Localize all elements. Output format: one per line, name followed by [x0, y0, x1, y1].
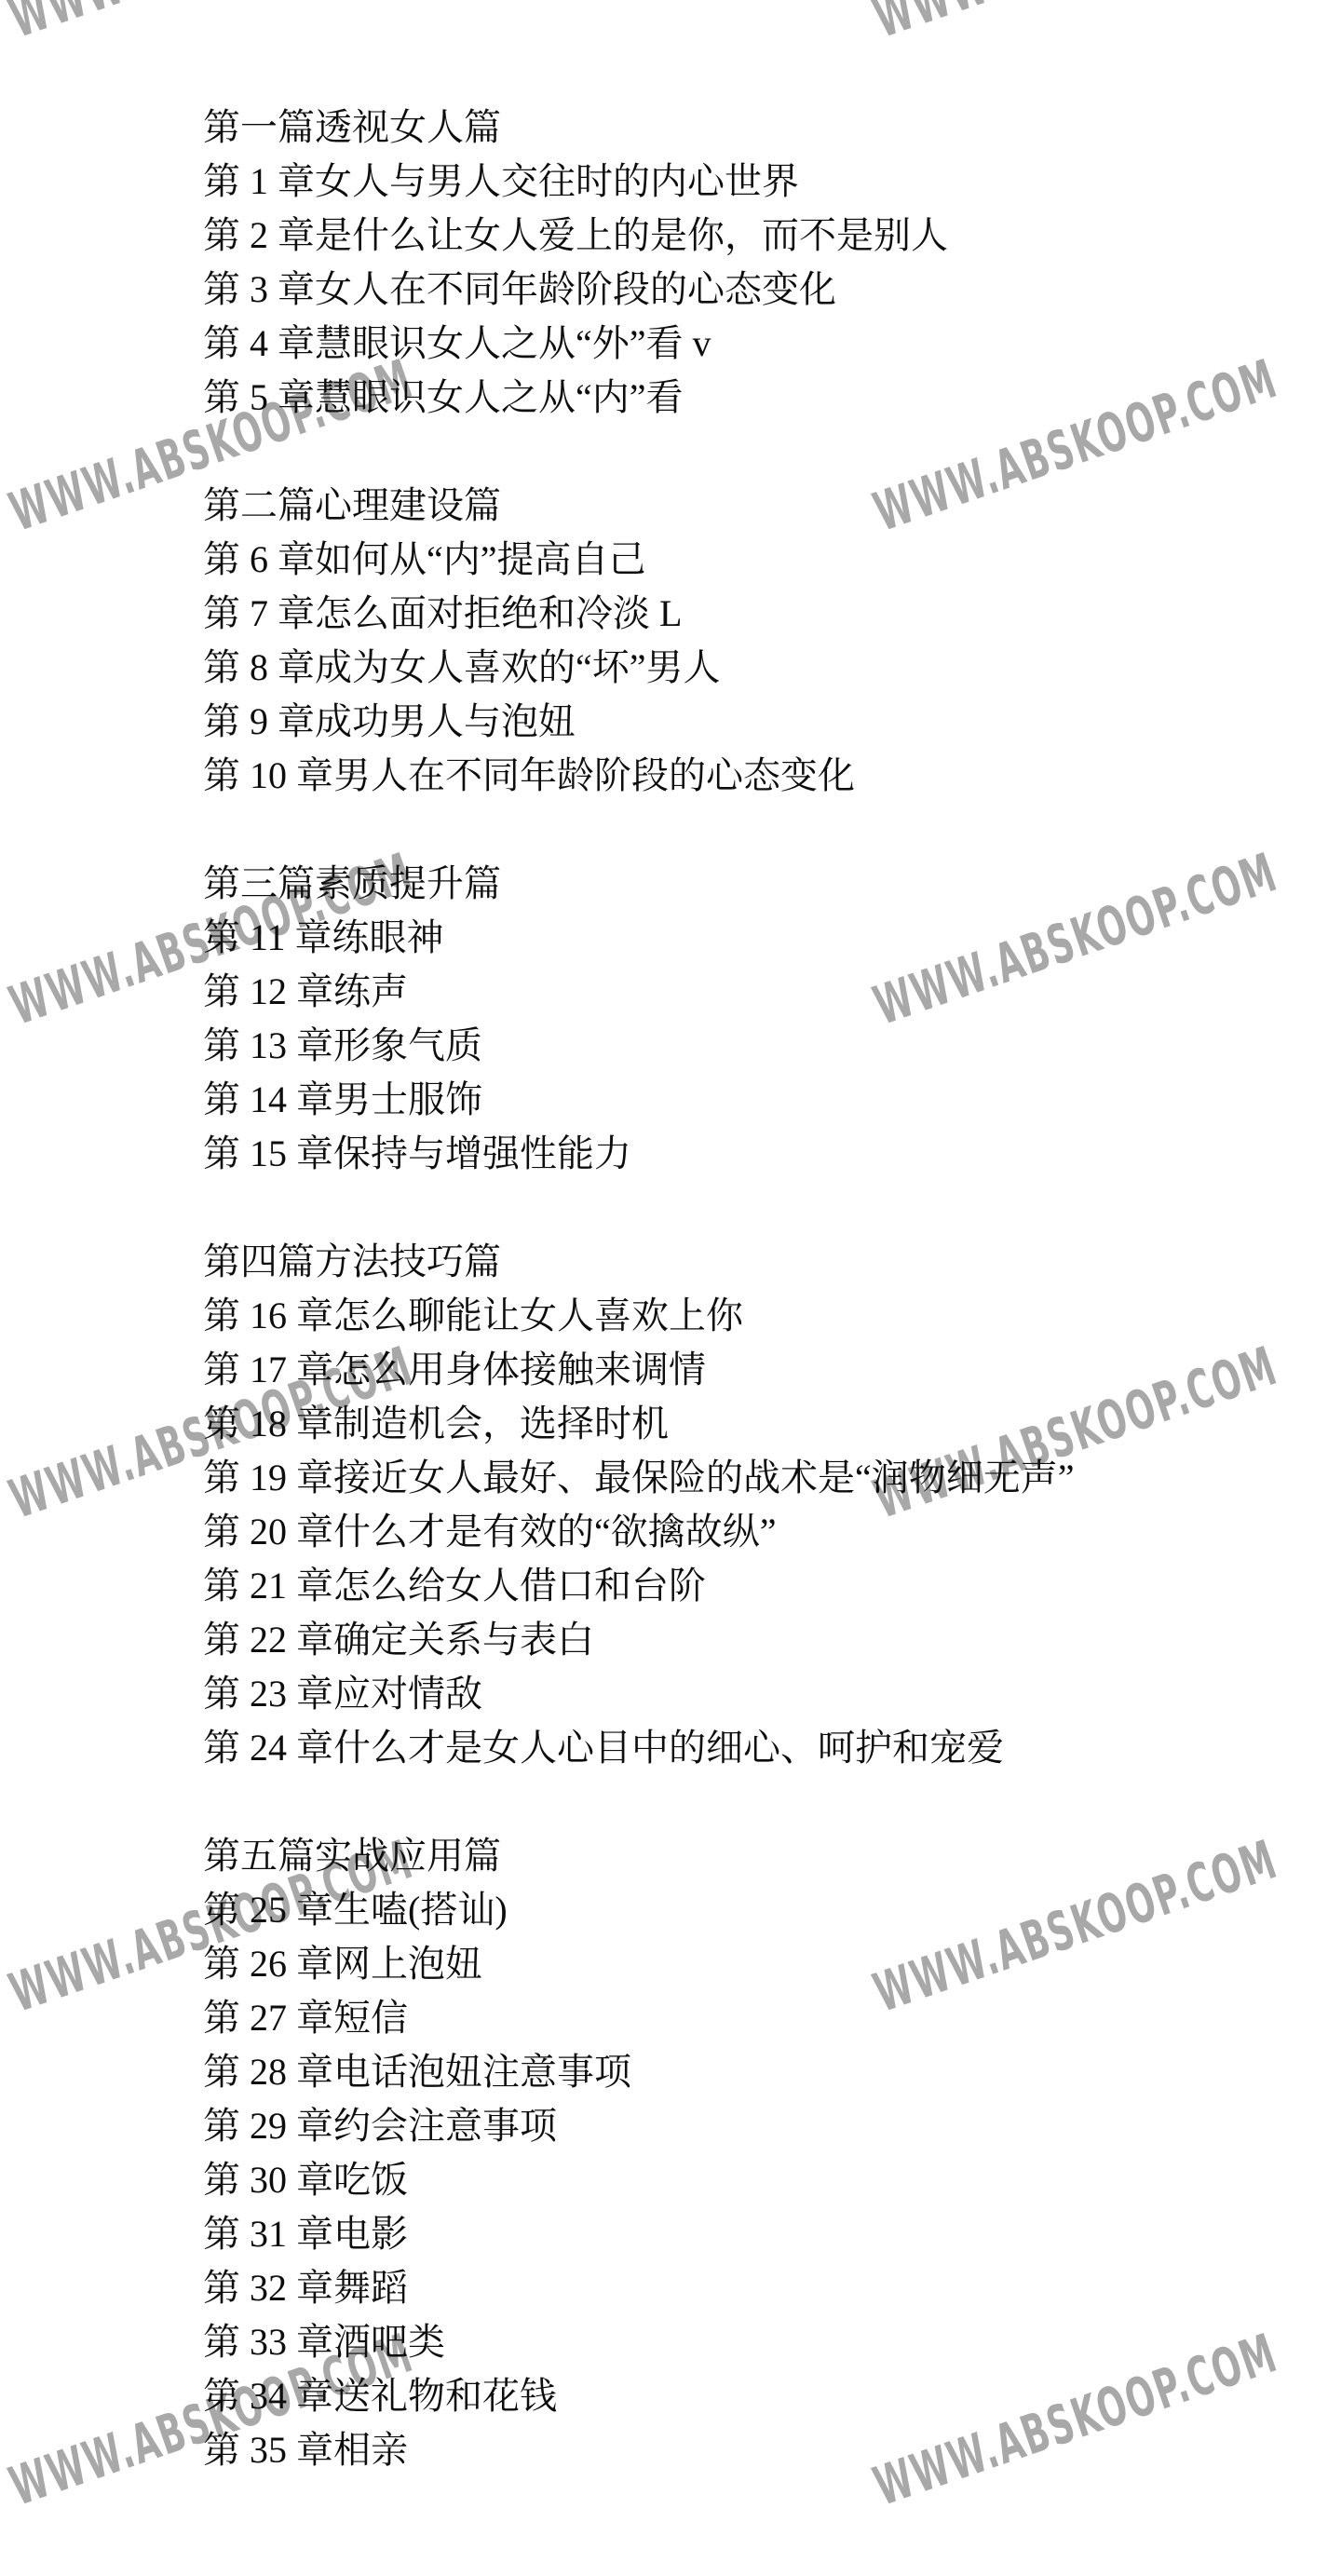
chapter-line: 第 14 章男士服饰: [203, 1073, 1075, 1127]
chapter-line: 第 12 章练声: [203, 965, 1075, 1019]
chapter-line: 第 2 章是什么让女人爱上的是你，而不是别人: [203, 209, 1075, 263]
chapter-line: 第 18 章制造机会，选择时机: [203, 1397, 1075, 1451]
section-title: 第三篇素质提升篇: [203, 857, 1075, 911]
chapter-line: 第 17 章怎么用身体接触来调情: [203, 1343, 1075, 1397]
chapter-line: 第 11 章练眼神: [203, 911, 1075, 965]
section-title: 第四篇方法技巧篇: [203, 1235, 1075, 1289]
section-title: 第五篇实战应用篇: [203, 1829, 1075, 1883]
chapter-line: 第 22 章确定关系与表白: [203, 1613, 1075, 1667]
chapter-line: 第 8 章成为女人喜欢的“坏”男人: [203, 641, 1075, 695]
chapter-line: 第 6 章如何从“内”提高自己: [203, 533, 1075, 587]
toc-section: 第三篇素质提升篇第 11 章练眼神第 12 章练声第 13 章形象气质第 14 …: [203, 857, 1075, 1181]
chapter-line: 第 23 章应对情敌: [203, 1667, 1075, 1721]
toc-section: 第四篇方法技巧篇第 16 章怎么聊能让女人喜欢上你第 17 章怎么用身体接触来调…: [203, 1235, 1075, 1775]
watermark-text: WWW.ABSKOOP.COM: [2, 0, 421, 50]
chapter-line: 第 9 章成功男人与泡妞: [203, 695, 1075, 749]
chapter-line: 第 31 章电影: [203, 2207, 1075, 2261]
chapter-line: 第 19 章接近女人最好、最保险的战术是“润物细无声”: [203, 1451, 1075, 1505]
chapter-line: 第 15 章保持与增强性能力: [203, 1127, 1075, 1181]
chapter-line: 第 34 章送礼物和花钱: [203, 2369, 1075, 2423]
chapter-line: 第 1 章女人与男人交往时的内心世界: [203, 155, 1075, 209]
chapter-line: 第 32 章舞蹈: [203, 2261, 1075, 2315]
chapter-line: 第 27 章短信: [203, 1991, 1075, 2045]
section-title: 第二篇心理建设篇: [203, 479, 1075, 533]
chapter-line: 第 35 章相亲: [203, 2423, 1075, 2477]
chapter-line: 第 30 章吃饭: [203, 2153, 1075, 2207]
chapter-line: 第 21 章怎么给女人借口和台阶: [203, 1559, 1075, 1613]
chapter-line: 第 24 章什么才是女人心目中的细心、呵护和宠爱: [203, 1721, 1075, 1775]
chapter-line: 第 28 章电话泡妞注意事项: [203, 2045, 1075, 2099]
table-of-contents: 第一篇透视女人篇第 1 章女人与男人交往时的内心世界第 2 章是什么让女人爱上的…: [203, 101, 1075, 2531]
document-page: WWW.ABSKOOP.COMWWW.ABSKOOP.COMWWW.ABSKOO…: [0, 0, 1328, 2576]
chapter-line: 第 25 章生嗑(搭讪): [203, 1883, 1075, 1937]
chapter-line: 第 10 章男人在不同年龄阶段的心态变化: [203, 749, 1075, 803]
toc-section: 第一篇透视女人篇第 1 章女人与男人交往时的内心世界第 2 章是什么让女人爱上的…: [203, 101, 1075, 425]
chapter-line: 第 3 章女人在不同年龄阶段的心态变化: [203, 263, 1075, 317]
chapter-line: 第 4 章慧眼识女人之从“外”看 v: [203, 317, 1075, 371]
chapter-line: 第 20 章什么才是有效的“欲擒故纵”: [203, 1505, 1075, 1559]
chapter-line: 第 33 章酒吧类: [203, 2315, 1075, 2369]
chapter-line: 第 13 章形象气质: [203, 1019, 1075, 1073]
chapter-line: 第 26 章网上泡妞: [203, 1937, 1075, 1991]
toc-section: 第五篇实战应用篇第 25 章生嗑(搭讪)第 26 章网上泡妞第 27 章短信第 …: [203, 1829, 1075, 2477]
chapter-line: 第 7 章怎么面对拒绝和冷淡 L: [203, 587, 1075, 641]
toc-section: 第二篇心理建设篇第 6 章如何从“内”提高自己第 7 章怎么面对拒绝和冷淡 L第…: [203, 479, 1075, 803]
chapter-line: 第 16 章怎么聊能让女人喜欢上你: [203, 1289, 1075, 1343]
chapter-line: 第 5 章慧眼识女人之从“内”看: [203, 371, 1075, 425]
chapter-line: 第 29 章约会注意事项: [203, 2099, 1075, 2153]
section-title: 第一篇透视女人篇: [203, 101, 1075, 155]
watermark-text: WWW.ABSKOOP.COM: [866, 0, 1285, 50]
